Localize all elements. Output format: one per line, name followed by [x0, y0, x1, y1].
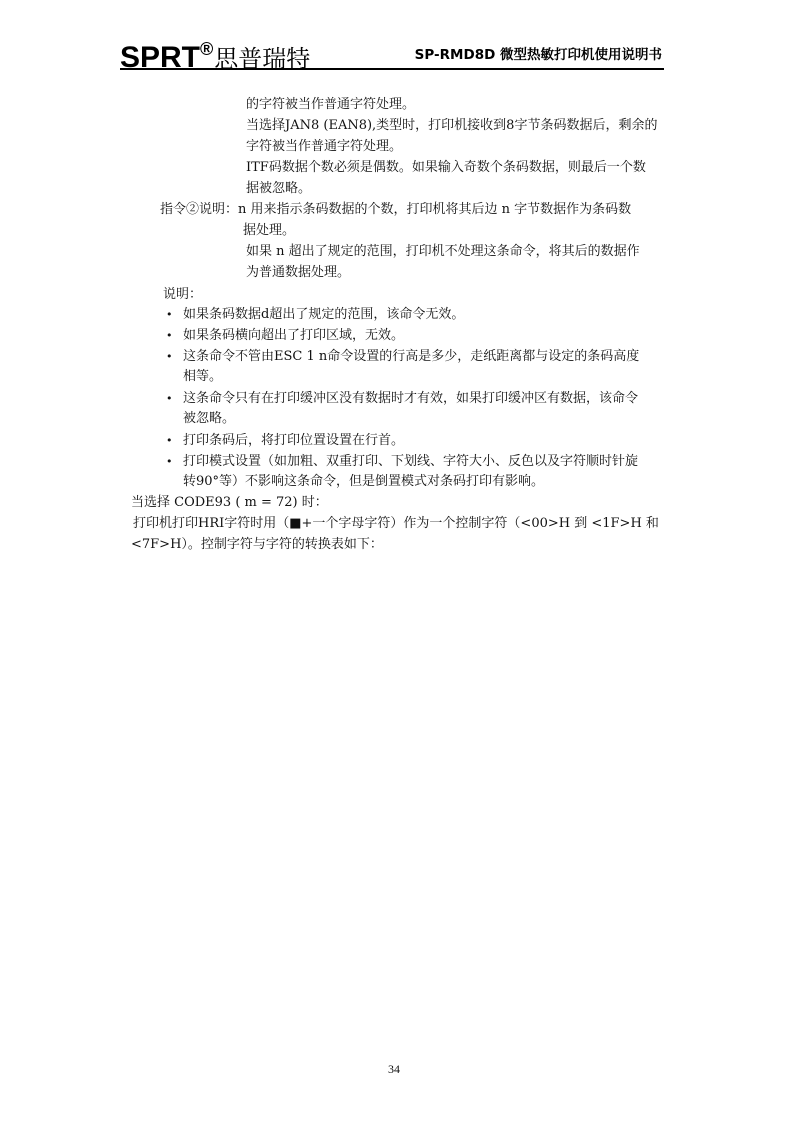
- paragraph-line: <7F>H）。控制字符与字符的转换表如下：: [131, 535, 383, 556]
- paragraph-line: ITF码数据个数必须是偶数。如果输入奇数个条码数据，则最后一个数: [246, 158, 646, 179]
- list-item: 打印模式设置（如加粗、双重打印、下划线、字符大小、反色以及字符顺时针旋: [183, 452, 638, 473]
- paragraph-line: 为普通数据处理。: [246, 263, 350, 284]
- document-page: SPRT®思普瑞特 SP-RMD8D 微型热敏打印机使用说明书 的字符被当作普通…: [0, 0, 793, 1122]
- list-item: 打印条码后，将打印位置设置在行首。: [183, 431, 404, 452]
- paragraph-line: 打印机打印HRI字符时用（■+一个字母字符）作为一个控制字符（<00>H 到 <…: [133, 514, 659, 535]
- bullet-icon: •: [166, 326, 173, 347]
- list-item-continued: 被忽略。: [183, 409, 235, 430]
- bullet-icon: •: [166, 347, 173, 368]
- list-item: 如果条码数据d超出了规定的范围，该命令无效。: [183, 305, 464, 326]
- brand-logo: SPRT®思普瑞特: [120, 32, 310, 76]
- brand-name: SPRT: [120, 41, 200, 74]
- paragraph-line: 字符被当作普通字符处理。: [246, 137, 402, 158]
- paragraph-line: 的字符被当作普通字符处理。: [246, 95, 415, 116]
- bullet-icon: •: [166, 389, 173, 410]
- page-number: 34: [388, 1062, 400, 1077]
- list-item-continued: 转90°等）不影响这条命令，但是倒置模式对条码打印有影响。: [183, 472, 544, 493]
- registered-mark: ®: [200, 39, 213, 59]
- list-item: 如果条码横向超出了打印区域，无效。: [183, 326, 404, 347]
- list-item: 这条命令只有在打印缓冲区没有数据时才有效，如果打印缓冲区有数据，该命令: [183, 389, 638, 410]
- paragraph-line: 据被忽略。: [246, 179, 311, 200]
- list-item-continued: 相等。: [183, 367, 222, 388]
- brand-name-cn: 思普瑞特: [214, 45, 310, 73]
- notes-label: 说明：: [163, 285, 202, 306]
- bullet-icon: •: [166, 431, 173, 452]
- paragraph-line: 如果 n 超出了规定的范围，打印机不处理这条命令，将其后的数据作: [246, 242, 640, 263]
- code93-heading: 当选择 CODE93 ( m = 72) 时：: [131, 493, 328, 514]
- bullet-icon: •: [166, 305, 173, 326]
- paragraph-line: 当选择JAN8 (EAN8),类型时，打印机接收到8字节条码数据后，剩余的: [246, 116, 657, 137]
- bullet-icon: •: [166, 452, 173, 473]
- document-title: SP-RMD8D 微型热敏打印机使用说明书: [415, 46, 662, 64]
- page-header: SPRT®思普瑞特 SP-RMD8D 微型热敏打印机使用说明书: [120, 30, 664, 70]
- command-2-description: 指令②说明：n 用来指示条码数据的个数，打印机将其后边 n 字节数据作为条码数: [160, 200, 631, 221]
- paragraph-line: 据处理。: [243, 221, 295, 242]
- list-item: 这条命令不管由ESC 1 n命令设置的行高是多少，走纸距离都与设定的条码高度: [183, 347, 639, 368]
